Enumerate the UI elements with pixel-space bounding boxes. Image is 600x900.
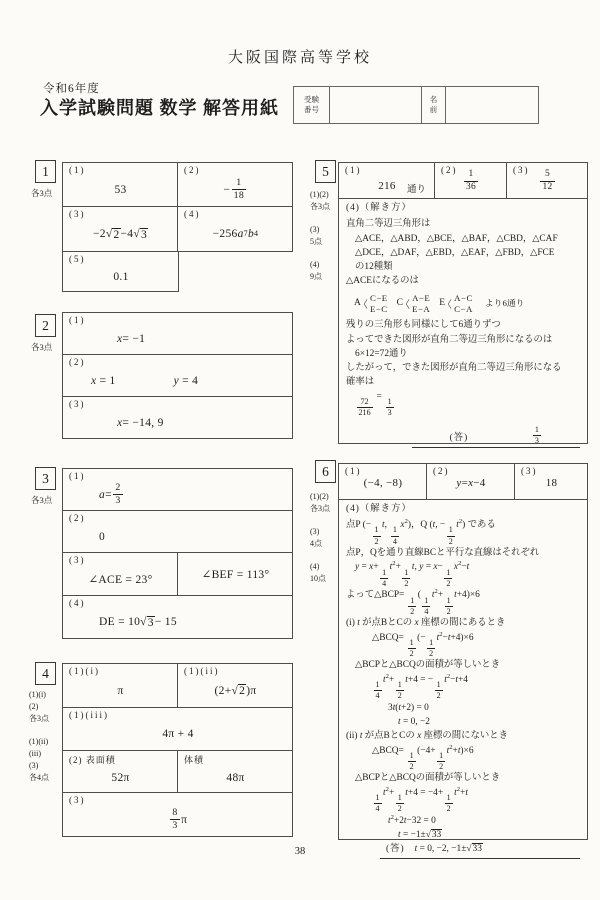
cell-label: (2) (69, 513, 287, 523)
cell-label: (5) (69, 254, 173, 264)
answer-cell: (2) y = x−4 (427, 464, 515, 499)
solution-line: よって△BCP= 12(14t2+12t+4)×6 (346, 589, 580, 615)
answer-cell: (2) 136 (435, 163, 507, 198)
answer-value: 52π (69, 766, 172, 790)
exam-number-label: 受験 番号 (294, 87, 330, 123)
exam-number-label-line2: 番号 (304, 105, 319, 115)
branch-icon: < (364, 290, 368, 318)
solution-lines: 点P (−12t, 14x2)，Q (t, −12t2) である点P，Qを通り直… (346, 518, 580, 843)
answer-value: 512 (513, 166, 582, 196)
answer-cell: (3) 18 (515, 464, 587, 499)
section-3-table: (1) a = 23 (2) 0 (3) ∠ACE = 23° ∠BEF = 1… (62, 468, 293, 639)
section-2-number: 2 (35, 314, 56, 337)
solution-cell: (4)（解き方） 直角二等辺三角形は△ACE，△ABD，△BCE，△BAF，△C… (339, 199, 587, 443)
cell-label: (2) (184, 165, 287, 175)
solution-line: △BCQ= 12(−4+12t2+t)×6 (346, 745, 580, 771)
answer-cell: (3) x = −14, 9 (63, 397, 292, 438)
answer-value: (2+√2)π (184, 676, 287, 705)
cell-label: (2) 表面積 (69, 753, 172, 766)
solution-line: t = −1±√33 (346, 829, 580, 842)
answer-cell: (2) x = 1 y = 4 (63, 355, 292, 396)
solution-line: 点P (−12t, 14x2)，Q (t, −12t2) である (346, 519, 580, 545)
answer-value: −2√2 −4√3 (69, 219, 172, 249)
cell-label: (3) (69, 399, 287, 409)
branch-group: A < C−E E−C (354, 293, 388, 315)
answer-value: ∠ACE = 23° (69, 565, 172, 593)
examinee-info-box: 受験 番号 名 前 (293, 86, 539, 124)
answer-cell: (2) 0 (63, 511, 292, 552)
branch-root: A (354, 297, 361, 310)
branch-bottom: C−A (454, 304, 473, 315)
answer-cell: (1)(iii) 4π + 4 (63, 708, 292, 750)
section-1-table: (1) 53 (2) −118 (3) −2√2 −4√3 (4) −256a7… (62, 162, 293, 252)
branch-icon: < (406, 290, 410, 318)
branch-top: C−E (370, 293, 388, 304)
answer-cell: (4) DE = 10√3 − 15 (63, 596, 292, 638)
points-line: (3) (29, 760, 61, 772)
branch-bottom: E−A (412, 304, 430, 315)
exam-number-label-line1: 受験 (304, 95, 319, 105)
solution-line: △BCPと△BCQの面積が等しいとき (346, 772, 580, 785)
answer-cell: (3) −2√2 −4√3 (63, 207, 178, 251)
solution-line: y = x+14t2+12t, y = x−12x2−t (346, 561, 580, 587)
solution-header: (4)（解き方） (346, 503, 580, 516)
solution-header: (4)（解き方） (346, 202, 580, 215)
solution-line: 6×12=72通り (346, 348, 580, 361)
answer-cell: (1) 216 通り (339, 163, 435, 198)
page-title: 入学試験問題 数学 解答用紙 (40, 94, 279, 120)
answer-value: y = x−4 (433, 468, 509, 497)
solution-line: t = 0, −2 (346, 716, 580, 729)
answer-label: (答) (450, 432, 469, 445)
solution-line: 直角二等辺三角形は (346, 218, 580, 231)
answer-unit: 通り (407, 181, 426, 195)
cell-label: (1)(i) (69, 666, 172, 676)
answer-value: x = 1 (91, 375, 116, 387)
page-number: 38 (0, 846, 600, 857)
solution-cell: (4)（解き方） 点P (−12t, 14x2)，Q (t, −12t2) であ… (339, 500, 587, 839)
solution-line: △DCE，△DAF，△EBD，△EAF，△FBD，△FCE (346, 247, 580, 260)
answer-cell: (1) a = 23 (63, 469, 292, 510)
section-4-table: (1)(i) π (1)(ii) (2+√2)π (1)(iii) 4π + 4… (62, 663, 293, 837)
answer-cell: (4) −256a7b4 (178, 207, 292, 251)
branch-bottom: E−C (370, 304, 388, 315)
cell-label: (1) (345, 165, 429, 175)
cell-label: (4) (184, 209, 287, 219)
name-label-line1: 名 (430, 95, 438, 105)
answer-cell: (1) (−4, −8) (339, 464, 427, 499)
solution-line: △BCPと△BCQの面積が等しいとき (346, 659, 580, 672)
cell-label: (1) (69, 165, 172, 175)
solution-lines: 残りの三角形も同様にして6通りずつよってできた図形が直角二等辺三角形になるのは6… (346, 318, 580, 419)
answer-value: 136 (441, 166, 501, 196)
section-3-number: 3 (35, 467, 56, 490)
answer-cell: (5) 0.1 (62, 252, 179, 292)
section-5-table: (1) 216 通り (2) 136 (3) 512 (4)（解き方） 直角二等… (338, 162, 588, 444)
answer-cell: (2) −118 (178, 163, 292, 206)
answer-value: (−4, −8) (345, 468, 421, 497)
answer-value: −256a7b4 (184, 219, 287, 249)
answer-cell: ∠BEF = 113° (178, 553, 292, 595)
branch-group: C < A−E E−A (397, 293, 431, 315)
exam-number-field (330, 87, 422, 123)
answer-value: 0 (69, 523, 287, 550)
solution-line: 14t2+12t+4 = −12t2−t+4 (346, 674, 580, 700)
points-line: (1)(ii) (29, 736, 61, 748)
points-line: (iii) (29, 748, 61, 760)
points-line: 各3点 (29, 713, 61, 725)
answer-value: 4π + 4 (69, 720, 287, 748)
solution-line: 72216 = 13 (346, 391, 580, 417)
name-label: 名 前 (422, 87, 446, 123)
solution-line: よってできた図形が直角二等辺三角形になるのは (346, 334, 580, 347)
cell-label: (1) (69, 315, 287, 325)
section-2-points: 各3点 (31, 341, 63, 354)
solution-line: の12種類 (346, 261, 580, 274)
answer-cell: 体積 48π (178, 751, 292, 792)
answer-value: −118 (184, 175, 287, 204)
branch-group: E < A−C C−A (439, 293, 473, 315)
answer-cell: (1)(i) π (63, 664, 178, 707)
solution-line: 3t(t+2) = 0 (346, 702, 580, 715)
solution-line: △ACEになるのは (346, 275, 580, 288)
cell-label: 体積 (184, 753, 287, 766)
solution-line: t2+2t−32 = 0 (346, 815, 580, 828)
answer-value: DE = 10√3 − 15 (69, 608, 287, 636)
answer-value: x = −14, 9 (69, 409, 287, 436)
solution-line: 14t2+12t+4 = −4+12t2+t (346, 787, 580, 813)
solution-line: したがって，できた図形が直角二等辺三角形になる (346, 362, 580, 375)
points-line: (2) (29, 701, 61, 713)
answer-value: ∠BEF = 113° (184, 555, 287, 593)
answer-value: 18 (521, 468, 582, 497)
answer-value: π (69, 676, 172, 705)
final-answer-row: (答) 13 (412, 419, 580, 448)
solution-line: (ii) t が点BとCの x 座標の間にないとき (346, 730, 580, 743)
cell-label: (1) (69, 471, 287, 481)
cell-label: (3) (69, 795, 287, 805)
answer-value-pair: x = 1 y = 4 (69, 367, 287, 394)
section-1-number: 1 (35, 160, 56, 183)
cell-label: (3) (69, 209, 172, 219)
answer-value: 0.1 (69, 264, 173, 289)
solution-line: 確率は (346, 376, 580, 389)
branch-diagram: A < C−E E−C C < A−E E−A (354, 293, 580, 315)
answer-value: 53 (69, 175, 172, 204)
section-4-number: 4 (35, 662, 56, 685)
answer-cell: (2) 表面積 52π (63, 751, 178, 792)
cell-label: (1)(iii) (69, 710, 287, 720)
section-1-points: 各3点 (31, 187, 63, 200)
cell-label: (4) (69, 598, 287, 608)
section-6-table: (1) (−4, −8) (2) y = x−4 (3) 18 (4)（解き方）… (338, 463, 588, 840)
answer-cell: (3) 512 (507, 163, 587, 198)
solution-lines: 直角二等辺三角形は△ACE，△ABD，△BCE，△BAF，△CBD，△CAF△D… (346, 217, 580, 290)
branch-root: E (439, 297, 445, 310)
branch-suffix: より6通り (485, 298, 525, 310)
name-field (446, 87, 538, 123)
answer-value: 48π (184, 766, 287, 790)
points-line: (1)(i) (29, 689, 61, 701)
solution-line: 残りの三角形も同様にして6通りずつ (346, 319, 580, 332)
branch-root: C (397, 297, 403, 310)
answer-value: 83π (69, 805, 287, 834)
cell-label: (3) (69, 555, 172, 565)
answer-cell: (1)(ii) (2+√2)π (178, 664, 292, 707)
answer-cell: (1) x = −1 (63, 313, 292, 354)
branch-icon: < (448, 290, 452, 318)
section-3-points: 各3点 (31, 494, 63, 507)
answer-value: a = 23 (69, 481, 287, 508)
answer-cell: (3) 83π (63, 793, 292, 836)
solution-line: 点P，Qを通り直線BCと平行な直線はそれぞれ (346, 547, 580, 560)
school-title: 大阪国際高等学校 (0, 46, 600, 67)
section-2-table: (1) x = −1 (2) x = 1 y = 4 (3) x = −14, … (62, 312, 293, 439)
cell-label: (2) (69, 357, 287, 367)
answer-value: y = 4 (174, 375, 199, 387)
branch-top: A−C (454, 293, 473, 304)
cell-label: (1)(ii) (184, 666, 287, 676)
solution-line: △BCQ= 12(−12t2−t+4)×6 (346, 632, 580, 658)
solution-line: (i) t が点BとCの x 座標の間にあるとき (346, 617, 580, 630)
answer-cell: (3) ∠ACE = 23° (63, 553, 178, 595)
points-line: 各4点 (29, 772, 61, 784)
answer-cell: (1) 53 (63, 163, 178, 206)
answer-value: x = −1 (69, 325, 287, 352)
answer-sheet: 大阪国際高等学校 令和6年度 入学試験問題 数学 解答用紙 受験 番号 名 前 … (0, 0, 600, 900)
section-6-number: 6 (315, 460, 336, 483)
branch-top: A−E (412, 293, 430, 304)
name-label-line2: 前 (430, 105, 438, 115)
solution-line: △ACE，△ABD，△BCE，△BAF，△CBD，△CAF (346, 233, 580, 246)
section-5-number: 5 (315, 160, 336, 183)
final-answer-value: 13 (531, 419, 542, 445)
section-4-points: (1)(i)(2)各3点(1)(ii)(iii)(3)各4点 (29, 689, 61, 784)
